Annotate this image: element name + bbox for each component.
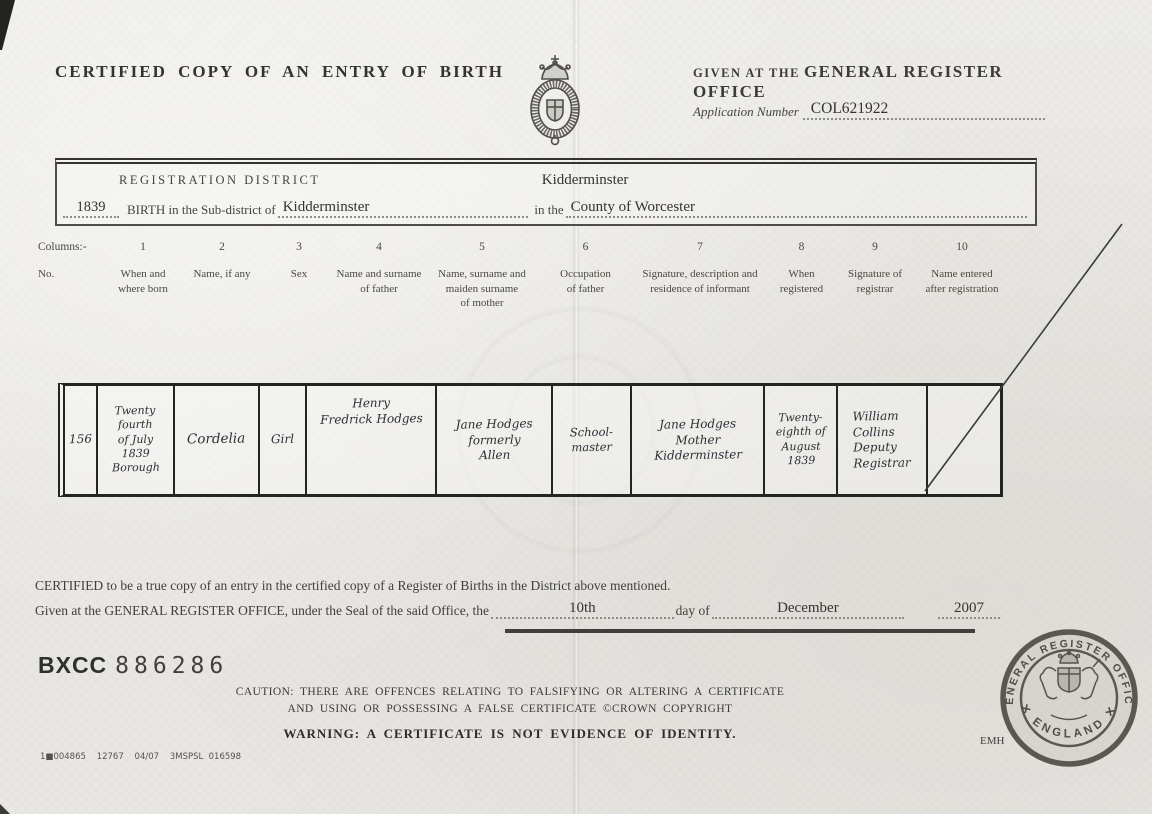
column-header-7: 7 Signature, description and residence o… [635,241,765,311]
scan-corner-mark-top-left [0,0,15,50]
district-name: Kidderminster [542,172,629,189]
entry-cell-sex: Girl [260,386,307,494]
in-the-label: in the [534,202,563,218]
sub-district-row: 1839 BIRTH in the Sub-district of Kidder… [63,199,1027,218]
general-register-office-seal: GENERAL REGISTER OFFICE ✕ ENGLAND ✕ [994,623,1144,773]
columns-header: Columns:- No. 1 When and where born 2 Na… [30,241,1012,311]
entry-cell-occupation: School- master [553,386,632,494]
serial-number: 886286 [115,653,228,679]
royal-crest-icon [519,54,591,146]
application-number-value: COL621922 [803,100,1045,120]
county-value: County of Worcester [566,199,1027,218]
registration-district-box: REGISTRATION DISTRICT Kidderminster 1839… [55,158,1037,226]
caution-line-2: AND USING OR POSSESSING A FALSE CERTIFIC… [180,701,840,718]
entry-cell-when-where-born: Twenty fourth of July 1839 Borough [98,386,175,494]
column-header-10: 10 Name entered after registration [912,241,1012,311]
given-at-office: GIVEN AT THE GENERAL REGISTER OFFICE [693,62,1053,102]
column-header-5: 5 Name, surname and maiden surname of mo… [428,241,536,311]
issue-year-value: 2007 [938,600,1000,619]
application-number-row: Application Number COL621922 [693,100,1045,120]
column-header-4: 4 Name and surname of father [330,241,428,311]
warning-line: WARNING: A CERTIFICATE IS NOT EVIDENCE O… [180,726,840,742]
scan-corner-mark-bottom-left [0,804,10,814]
seal-rule [505,629,975,633]
serial-prefix: BXCC [38,652,107,679]
entry-cell-no: 156 [65,386,98,494]
certificate-page: CERTIFIED COPY OF AN ENTRY OF BIRTH GIVE… [0,0,1152,814]
certified-statement: CERTIFIED to be a true copy of an entry … [35,578,670,594]
caution-line-1: CAUTION: THERE ARE OFFENCES RELATING TO … [180,684,840,701]
entry-cell-mother: Jane Hodges formerly Allen [437,386,553,494]
column-header-6: 6 Occupation of father [536,241,635,311]
entry-cell-father: Henry Fredrick Hodges [307,386,437,494]
columns-label-cell: Columns:- No. [30,241,110,311]
entry-cell-name-after-registration [928,386,1000,494]
column-header-3: 3 Sex [268,241,330,311]
column-header-2: 2 Name, if any [176,241,268,311]
issue-day-value: 10th [491,600,674,619]
certificate-serial: BXCC 886286 [38,652,228,679]
entry-cell-informant: Jane Hodges Mother Kidderminster [632,386,765,494]
column-header-1: 1 When and where born [110,241,176,311]
register-entry-table: 156 Twenty fourth of July 1839 Borough C… [58,383,1003,497]
entry-year: 1839 [63,199,119,218]
column-header-8: 8 When registered [765,241,838,311]
print-code: 1■004865 12767 04/07 3MSPSL 016598 [40,752,241,762]
registration-district-label: REGISTRATION DISTRICT [119,173,320,188]
given-at-statement: Given at the GENERAL REGISTER OFFICE, un… [35,600,1000,619]
given-text: Given at the GENERAL REGISTER OFFICE, un… [35,603,489,619]
day-of-label: day of [676,603,710,619]
columns-label: Columns:- [38,241,110,253]
issue-month-value: December [712,600,904,619]
certificate-title: CERTIFIED COPY OF AN ENTRY OF BIRTH [55,62,504,82]
entry-cell-when-registered: Twenty- eighth of August 1839 [765,386,838,494]
given-at-label: GIVEN AT THE [693,66,800,80]
entry-cell-registrar: William Collins Deputy Registrar [838,386,928,494]
sub-district-value: Kidderminster [278,199,529,218]
caution-block: CAUTION: THERE ARE OFFENCES RELATING TO … [180,684,840,742]
entry-cell-name: Cordelia [175,386,260,494]
application-number-label: Application Number [693,104,799,120]
column-header-9: 9 Signature of registrar [838,241,912,311]
birth-sub-district-label: BIRTH in the Sub-district of [127,202,276,218]
no-column-label: No. [38,267,110,282]
